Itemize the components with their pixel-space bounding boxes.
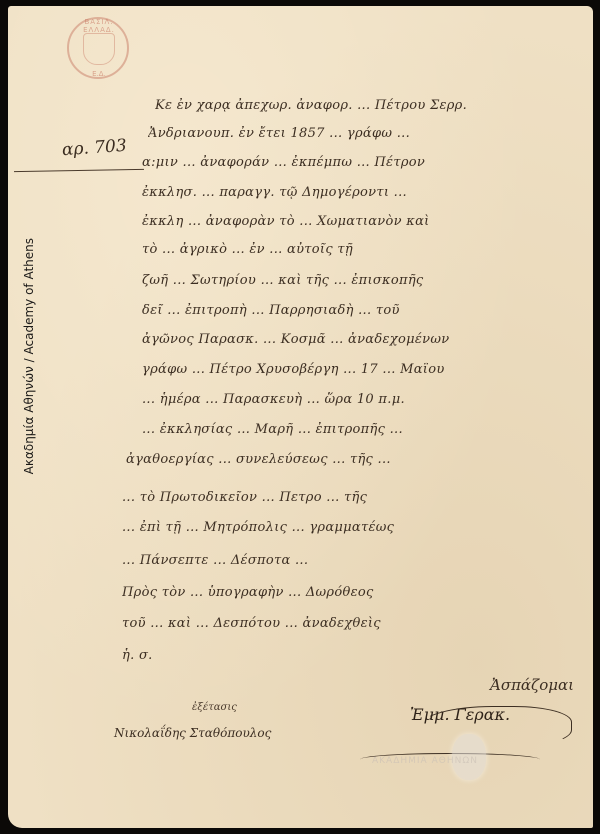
body-line: ἡ. σ.	[122, 648, 222, 663]
marginal-note: ἐξέτασις	[192, 702, 237, 713]
body-line: α:μιν ... ἀναφοράν ... ἐκπέμπω ... Πέτρο…	[142, 155, 582, 170]
body-line: ζωῆ ... Σωτηρίου ... καὶ τῆς ... ἐπισκοπ…	[142, 273, 582, 288]
body-line: γράφω ... Πέτρο Χρυσοβέργη ... 17 ... Μα…	[142, 362, 582, 377]
body-line: τοῦ ... καὶ ... Δεσπότου ... ἀναδεχθεὶς	[122, 616, 582, 631]
secondary-name: Νικολαΐδης Σταθόπουλος	[114, 726, 271, 740]
closing-salutation: Ἀσπάζομαι	[490, 676, 574, 694]
body-line: ἀγῶνος Παρασκ. ... Κοσμᾶ ... ἀναδεχομένω…	[142, 332, 582, 347]
body-line: ... τὸ Πρωτοδικεῖον ... Πετρο ... τῆς	[122, 490, 582, 505]
body-line: Κε ἐν χαρᾳ ἀπεχωρ. ἀναφορ. ... Πέτρου Σε…	[155, 98, 575, 113]
red-seal-stamp: ΒΑΣΙΛ. ΕΛΛΑΔ. Ε.Δ.	[67, 17, 129, 79]
body-line: ... ἡμέρα ... Παρασκευὴ ... ὥρα 10 π.μ.	[142, 392, 582, 407]
signature: Ἐμμ. Γερακ.	[410, 705, 510, 724]
body-line: τὸ ... ἀγρικὸ ... ἐν ... αὐτοῖς τῇ	[142, 242, 582, 257]
body-line: ... ἐπὶ τῇ ... Μητρόπολις ... γραμματέως	[122, 520, 582, 535]
seal-top-text: ΒΑΣΙΛ. ΕΛΛΑΔ.	[79, 18, 119, 34]
body-line: ... ἐκκλησίας ... Μαρῆ ... ἐπιτροπῆς ...	[142, 422, 582, 437]
body-line: ἐκκλη ... ἀναφορὰν τὸ ... Χωματιανὸν καὶ	[142, 214, 582, 229]
body-line: ἐκκλησ. ... παραγγ. τῷ Δημογέροντι ...	[142, 185, 582, 200]
body-line: ... Πάνσεπτε ... Δέσποτα ...	[122, 553, 582, 568]
body-line: δεῖ ... ἐπιτροπὴ ... Παρρησιαδὴ ... τοῦ	[142, 303, 582, 318]
embossed-stamp-text: ΑΚΑΔΗΜΙΑ ΑΘΗΝΩΝ	[372, 756, 478, 766]
body-line: Ἀνδριανουπ. ἐν ἔτει 1857 ... γράφω ...	[148, 126, 578, 141]
archive-watermark-label: Ακαδημία Αθηνών / Academy of Athens	[22, 238, 36, 474]
body-line: Πρὸς τὸν ... ὑπογραφὴν ... Δωρόθεος	[122, 585, 582, 600]
seal-coat-of-arms-icon	[83, 33, 115, 65]
seal-bottom-text: Ε.Δ.	[85, 70, 113, 78]
body-line: ἀγαθοεργίας ... συνελεύσεως ... τῆς ...	[126, 452, 582, 467]
